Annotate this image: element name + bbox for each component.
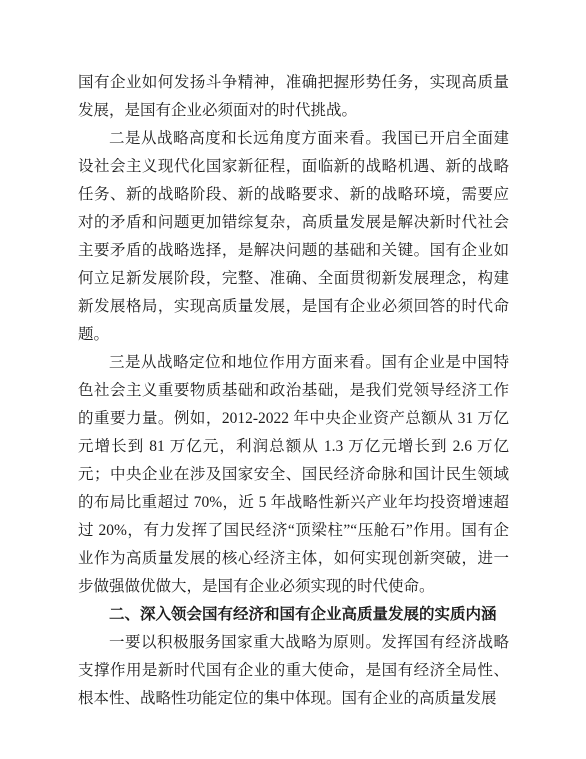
body-paragraph-national-strategy-principle: 一要以积极服务国家重大战略为原则。发挥国有经济战略支撑作用是新时代国有企业的重大… [78, 629, 509, 713]
body-paragraph-era-challenge: 国有企业如何发扬斗争精神，准确把握形势任务，实现高质量发展，是国有企业必须面对的… [78, 69, 509, 125]
document-page: 国有企业如何发扬斗争精神，准确把握形势任务，实现高质量发展，是国有企业必须面对的… [0, 0, 586, 759]
section-heading-essence: 二、深入领会国有经济和国有企业高质量发展的实质内涵 [78, 601, 509, 629]
text-column: 国有企业如何发扬斗争精神，准确把握形势任务，实现高质量发展，是国有企业必须面对的… [78, 69, 509, 713]
body-paragraph-strategic-height: 二是从战略高度和长远角度方面来看。我国已开启全面建设社会主义现代化国家新征程，面… [78, 125, 509, 349]
body-paragraph-strategic-position: 三是从战略定位和地位作用方面来看。国有企业是中国特色社会主义重要物质基础和政治基… [78, 349, 509, 601]
